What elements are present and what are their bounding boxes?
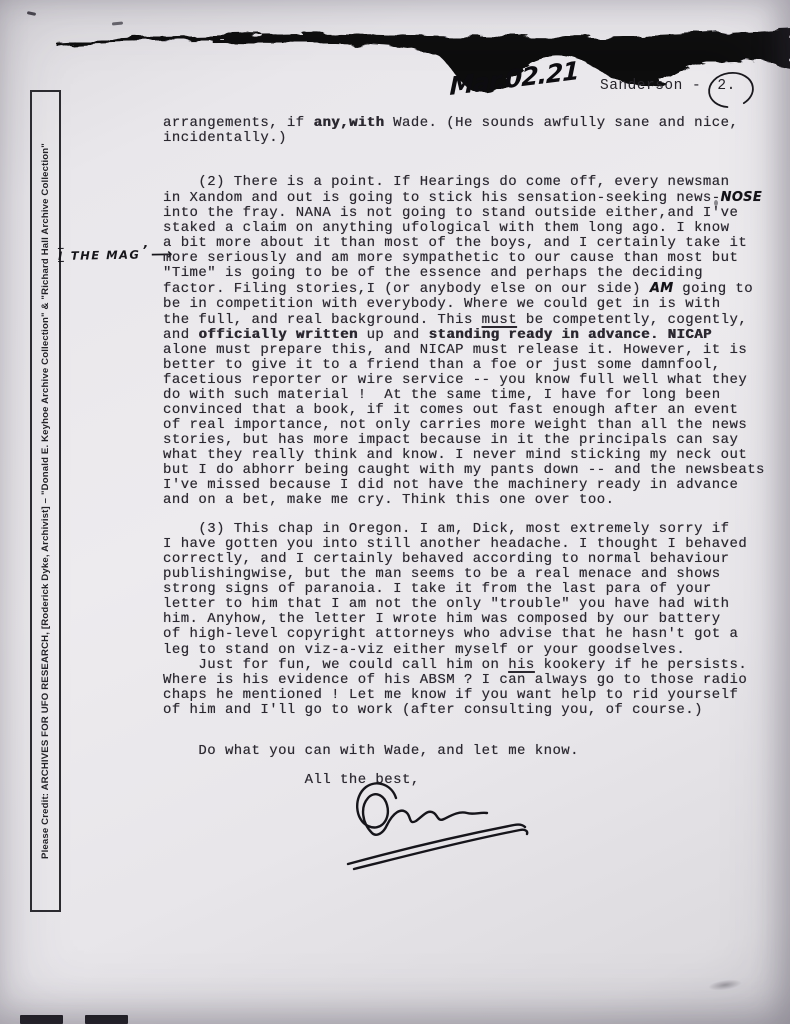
- scan-artifact-bar: [85, 1015, 128, 1024]
- letter-line: into the fray. NANA is not going to stan…: [163, 206, 775, 221]
- margin-bracket: I: [58, 249, 64, 263]
- letter-line: "Time" is going to be of the essence and…: [163, 266, 775, 281]
- letter-line: I've missed because I did not have the m…: [163, 478, 775, 493]
- paragraph: (3) This chap in Oregon. I am, Dick, mos…: [163, 522, 775, 718]
- archive-credit-box: Please Credit: ARCHIVES FOR UFO RESEARCH…: [30, 90, 61, 912]
- letter-line: and on a bet, make me cry. Think this on…: [163, 493, 775, 508]
- letter-line: be in competition with everybody. Where …: [163, 297, 775, 312]
- margin-note-text: THE MAG: [71, 248, 141, 263]
- letter-line: the full, and real background. This must…: [163, 313, 775, 328]
- page-header: Sanderson - 2.: [600, 76, 743, 96]
- letter-line: of real importance, not only carries mor…: [163, 418, 775, 433]
- letter-line: facetious reporter or wire service -- yo…: [163, 373, 775, 388]
- letter-line: Where is his evidence of his ABSM ? I ca…: [163, 673, 775, 688]
- letter-line: (2) There is a point. If Hearings do com…: [163, 175, 775, 190]
- letter-body: arrangements, if any,with Wade. (He soun…: [163, 116, 775, 788]
- signature-scrawl: [332, 776, 557, 876]
- page-number: 2.: [710, 76, 742, 96]
- letter-line: of him and I'll go to work (after consul…: [163, 703, 775, 718]
- letter-line: and officially written up and standing r…: [163, 328, 775, 343]
- margin-annotation: ITHE MAGʼ⟶: [58, 243, 173, 265]
- letter-line: (3) This chap in Oregon. I am, Dick, mos…: [163, 522, 775, 537]
- paragraph: Do what you can with Wade, and let me kn…: [163, 744, 775, 759]
- scan-artifact-bar: [20, 1015, 63, 1024]
- letter-line: incidentally.): [163, 131, 775, 146]
- letter-line: Do what you can with Wade, and let me kn…: [163, 744, 775, 759]
- letter-line: arrangements, if any,with Wade. (He soun…: [163, 116, 775, 131]
- letter-line: better to give it to a friend than a foe…: [163, 358, 775, 373]
- letter-line: do with such material ! At the same time…: [163, 388, 775, 403]
- scanned-letter-page: Mar.02.21 Sanderson - 2. Please Credit: …: [0, 0, 790, 1024]
- letter-line: I have gotten you into still another hea…: [163, 537, 775, 552]
- letter-line: alone must prepare this, and NICAP must …: [163, 343, 775, 358]
- letter-line: of high-level copyright attorneys who ad…: [163, 627, 775, 642]
- archive-credit-text: Please Credit: ARCHIVES FOR UFO RESEARCH…: [40, 143, 51, 859]
- paragraph: (2) There is a point. If Hearings do com…: [163, 175, 775, 508]
- letter-line: but I do abhorr being caught with my pan…: [163, 463, 775, 478]
- ink-smear: [0, 0, 790, 125]
- letter-line: in Xandom and out is going to stick his …: [163, 190, 775, 206]
- scan-smudge: [707, 978, 742, 993]
- letter-line: leg to stand on viz-a-viz either myself …: [163, 643, 775, 658]
- letter-line: what they really think and know. I never…: [163, 448, 775, 463]
- margin-tick-mark: ʼ: [142, 243, 149, 258]
- paragraph: arrangements, if any,with Wade. (He soun…: [163, 116, 775, 146]
- letter-line: correctly, and I certainly behaved accor…: [163, 552, 775, 567]
- letter-line: chaps he mentioned ! Let me know if you …: [163, 688, 775, 703]
- header-addressee: Sanderson -: [600, 78, 701, 94]
- letter-line: Just for fun, we could call him on his k…: [163, 658, 775, 673]
- letter-line: convinced that a book, if it comes out f…: [163, 403, 775, 418]
- letter-line: stories, but has more impact because in …: [163, 433, 775, 448]
